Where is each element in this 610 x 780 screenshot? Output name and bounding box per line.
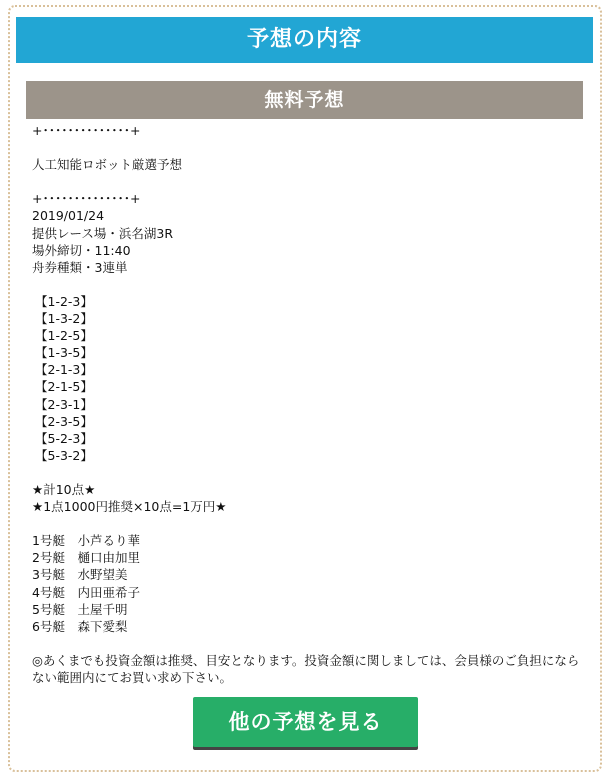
boat-number: 4号艇 xyxy=(32,585,65,600)
section-title-free-prediction: 無料予想 xyxy=(26,81,583,119)
race-venue: 提供レース場・浜名湖3R xyxy=(32,225,582,242)
boat-entry: 1号艇 小芦るり華 xyxy=(32,532,582,549)
combination-item: 【1-2-5】 xyxy=(32,327,582,344)
boat-entry: 3号艇 水野望美 xyxy=(32,566,582,583)
blank-line xyxy=(32,635,582,652)
race-date: 2019/01/24 xyxy=(32,207,582,224)
combination-item: 【2-1-5】 xyxy=(32,378,582,395)
view-other-predictions-button[interactable]: 他の予想を見る xyxy=(193,697,418,747)
boat-number: 5号艇 xyxy=(32,602,65,617)
blank-line xyxy=(32,139,582,156)
headline: 人工知能ロボット厳選予想 xyxy=(32,156,582,173)
combination-item: 【5-2-3】 xyxy=(32,430,582,447)
boat-entry: 2号艇 樋口由加里 xyxy=(32,549,582,566)
combination-item: 【2-1-3】 xyxy=(32,361,582,378)
racer-name: 樋口由加里 xyxy=(77,550,140,565)
combination-item: 【2-3-5】 xyxy=(32,413,582,430)
racer-name: 森下愛梨 xyxy=(77,619,127,634)
prediction-body: +･･････････････+ 人工知能ロボット厳選予想 +･････････… xyxy=(32,122,582,686)
bet-recommendation: ★1点1000円推奨×10点=1万円★ xyxy=(32,498,582,515)
separator-line: +･･････････････+ xyxy=(32,190,582,207)
total-points: ★計10点★ xyxy=(32,481,582,498)
racer-name: 水野望美 xyxy=(77,567,127,582)
combination-item: 【2-3-1】 xyxy=(32,396,582,413)
racer-name: 内田亜希子 xyxy=(77,585,140,600)
combination-item: 【1-2-3】 xyxy=(32,293,582,310)
combination-item: 【5-3-2】 xyxy=(32,447,582,464)
boat-number: 1号艇 xyxy=(32,533,65,548)
page-title: 予想の内容 xyxy=(16,17,593,63)
blank-line xyxy=(32,173,582,190)
combination-item: 【1-3-2】 xyxy=(32,310,582,327)
boat-entry: 6号艇 森下愛梨 xyxy=(32,618,582,635)
blank-line xyxy=(32,515,582,532)
combination-item: 【1-3-5】 xyxy=(32,344,582,361)
disclaimer: ◎あくまでも投資金額は推奨、目安となります。投資金額に関しましては、会員様のご負… xyxy=(32,652,582,686)
racer-name: 土屋千明 xyxy=(77,602,127,617)
separator-line: +･･････････････+ xyxy=(32,122,582,139)
blank-line xyxy=(32,464,582,481)
boat-number: 6号艇 xyxy=(32,619,65,634)
off-site-deadline: 場外締切・11:40 xyxy=(32,242,582,259)
ticket-type: 舟券種類・3連単 xyxy=(32,259,582,276)
combination-list: 【1-2-3】 【1-3-2】 【1-2-5】 【1-3-5】 【2-1-3】 … xyxy=(32,293,582,464)
boat-number: 2号艇 xyxy=(32,550,65,565)
boat-number: 3号艇 xyxy=(32,567,65,582)
blank-line xyxy=(32,276,582,293)
racer-name: 小芦るり華 xyxy=(77,533,140,548)
boat-list: 1号艇 小芦るり華 2号艇 樋口由加里 3号艇 水野望美 4号艇 内田亜希子 5… xyxy=(32,532,582,635)
boat-entry: 4号艇 内田亜希子 xyxy=(32,584,582,601)
boat-entry: 5号艇 土屋千明 xyxy=(32,601,582,618)
